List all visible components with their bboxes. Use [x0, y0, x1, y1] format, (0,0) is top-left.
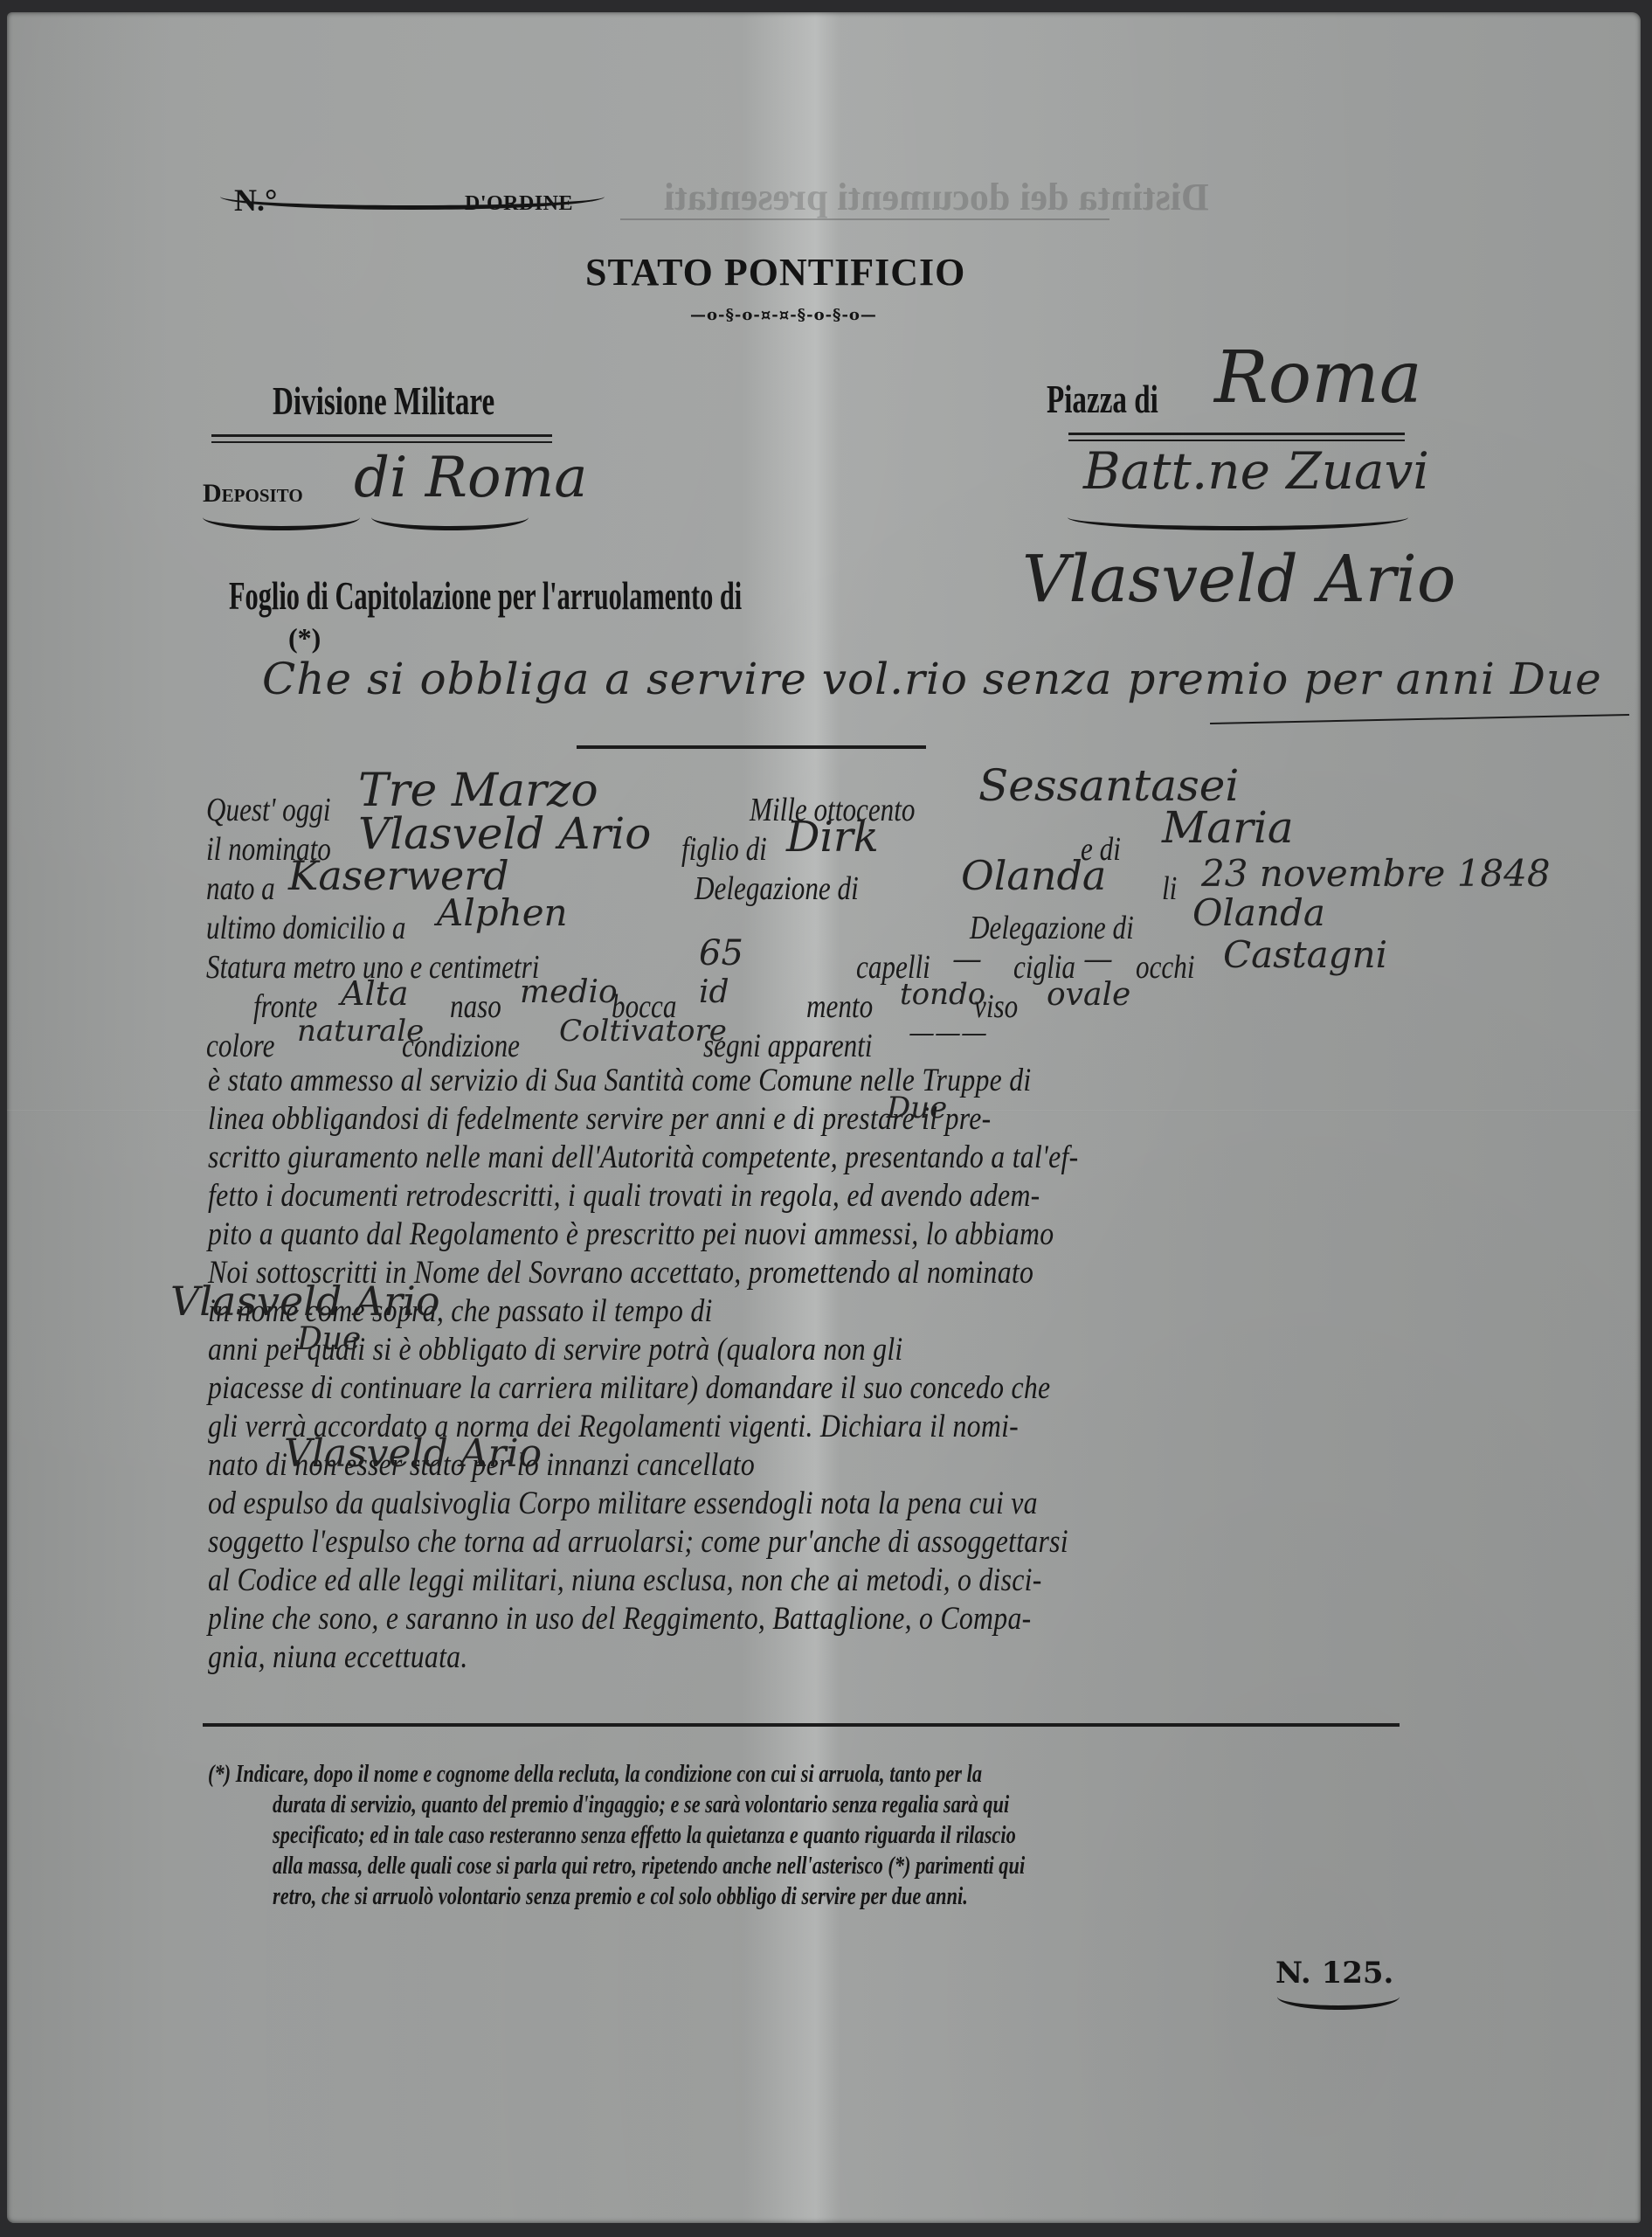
battalion-value: Batt.ne Zuavi — [1083, 441, 1429, 501]
body-line-12: od espulso da qualsivoglia Corpo militar… — [208, 1485, 1038, 1522]
condition-line: Che si obbliga a servire vol.rio senza p… — [262, 654, 1602, 704]
form-number: N. 125. — [1275, 1956, 1393, 1991]
footnote-line-2: durata di servizio, quanto del premio d'… — [273, 1791, 1009, 1819]
chin-value: tondo — [900, 977, 985, 1012]
mouth-value: id — [699, 974, 729, 1010]
questoggi-label: Quest' oggi — [206, 792, 331, 828]
state-title: STATO PONTIFICIO — [585, 250, 965, 294]
colore-label: colore — [206, 1027, 274, 1065]
li-label: li — [1162, 869, 1177, 908]
birth-date-value: 23 novembre 1848 — [1201, 852, 1551, 895]
segni-label: segni apparenti — [703, 1027, 873, 1065]
body-line-2: linea obbligandosi di fedelmente servire… — [208, 1100, 991, 1138]
footnote-line-3: specificato; ed in tale caso resteranno … — [273, 1822, 1016, 1850]
forehead-value: Alta — [341, 974, 409, 1013]
footnote-line-5: retro, che si arruolò volontario senza p… — [273, 1883, 968, 1911]
hair-value: — — [952, 942, 982, 977]
division-rule-bottom — [211, 441, 552, 443]
section-rule — [577, 745, 926, 749]
body-line-14: al Codice ed alle leggi militari, niuna … — [208, 1562, 1042, 1599]
piazza-value: Roma — [1214, 336, 1422, 419]
face-value: ovale — [1047, 977, 1130, 1013]
form-title: Foglio di Capitolazione per l'arruolamen… — [229, 572, 742, 619]
nato-label: nato a — [206, 869, 275, 908]
father-value: Dirk — [786, 813, 879, 862]
recruit-name: Vlasveld Ario — [1022, 542, 1455, 617]
domicile-delegation-value: Olanda — [1192, 891, 1325, 934]
condizione-label: condizione — [402, 1027, 520, 1065]
brows-value: — — [1083, 942, 1113, 977]
deposit-value: di Roma — [354, 446, 587, 510]
body-line-4: fetto i documenti retrodescritti, i qual… — [208, 1177, 1040, 1215]
figlio-label: figlio di — [681, 830, 767, 869]
service-years-value: Due — [887, 1091, 947, 1125]
footnote-line-1: (*) Indicare, dopo il nome e cognome del… — [208, 1761, 982, 1789]
recruit-name-2: Vlasveld Ario — [170, 1278, 440, 1325]
domicile-value: Alphen — [437, 891, 568, 934]
footnote-rule — [203, 1723, 1400, 1727]
bleed-through-text: Distinta dei documenti presentati — [664, 175, 1209, 219]
asterisk-mark: (*) — [288, 622, 321, 654]
body-line-3: scritto giuramento nelle mani dell'Autor… — [208, 1139, 1078, 1176]
bleed-through-rule — [620, 218, 1109, 220]
title-ornament: —o-§-o-¤-¤-§-o-§-o— — [690, 306, 877, 324]
marks-value: ——— — [909, 1018, 987, 1049]
piazza-label: Piazza di — [1047, 376, 1158, 422]
body-line-9: piacesse di continuare la carriera milit… — [208, 1369, 1050, 1407]
mother-value: Maria — [1162, 802, 1294, 853]
height-value: 65 — [699, 933, 743, 973]
domicilio-label: ultimo domicilio a — [206, 909, 405, 947]
deposit-label: Deposito — [203, 479, 303, 509]
piazza-rule-top — [1068, 433, 1405, 435]
birth-delegation-value: Olanda — [961, 852, 1106, 899]
body-line-13: soggetto l'espulso che torna ad arruolar… — [208, 1523, 1068, 1561]
nose-value: medio — [520, 974, 618, 1010]
division-rule-top — [211, 434, 552, 437]
body-line-5: pito a quanto dal Regolamento è prescrit… — [208, 1215, 1054, 1253]
division-label: Divisione Militare — [273, 377, 494, 424]
naso-label: naso — [450, 987, 501, 1026]
recruit-name-3: Vlasveld Ario — [284, 1431, 542, 1476]
footnote-line-4: alla massa, delle quali cose si parla qu… — [273, 1853, 1025, 1880]
body-line-15: pline che sono, e saranno in uso del Reg… — [208, 1600, 1031, 1638]
mento-label: mento — [806, 987, 873, 1026]
occhi-label: occhi — [1136, 948, 1194, 987]
occupation-value: Coltivatore — [559, 1014, 727, 1049]
eyes-value: Castagni — [1223, 933, 1387, 976]
birth-delegation-label: Delegazione di — [695, 869, 859, 908]
service-years-value-2: Due — [297, 1321, 361, 1357]
body-line-16: gnia, niuna eccettuata. — [208, 1638, 468, 1676]
